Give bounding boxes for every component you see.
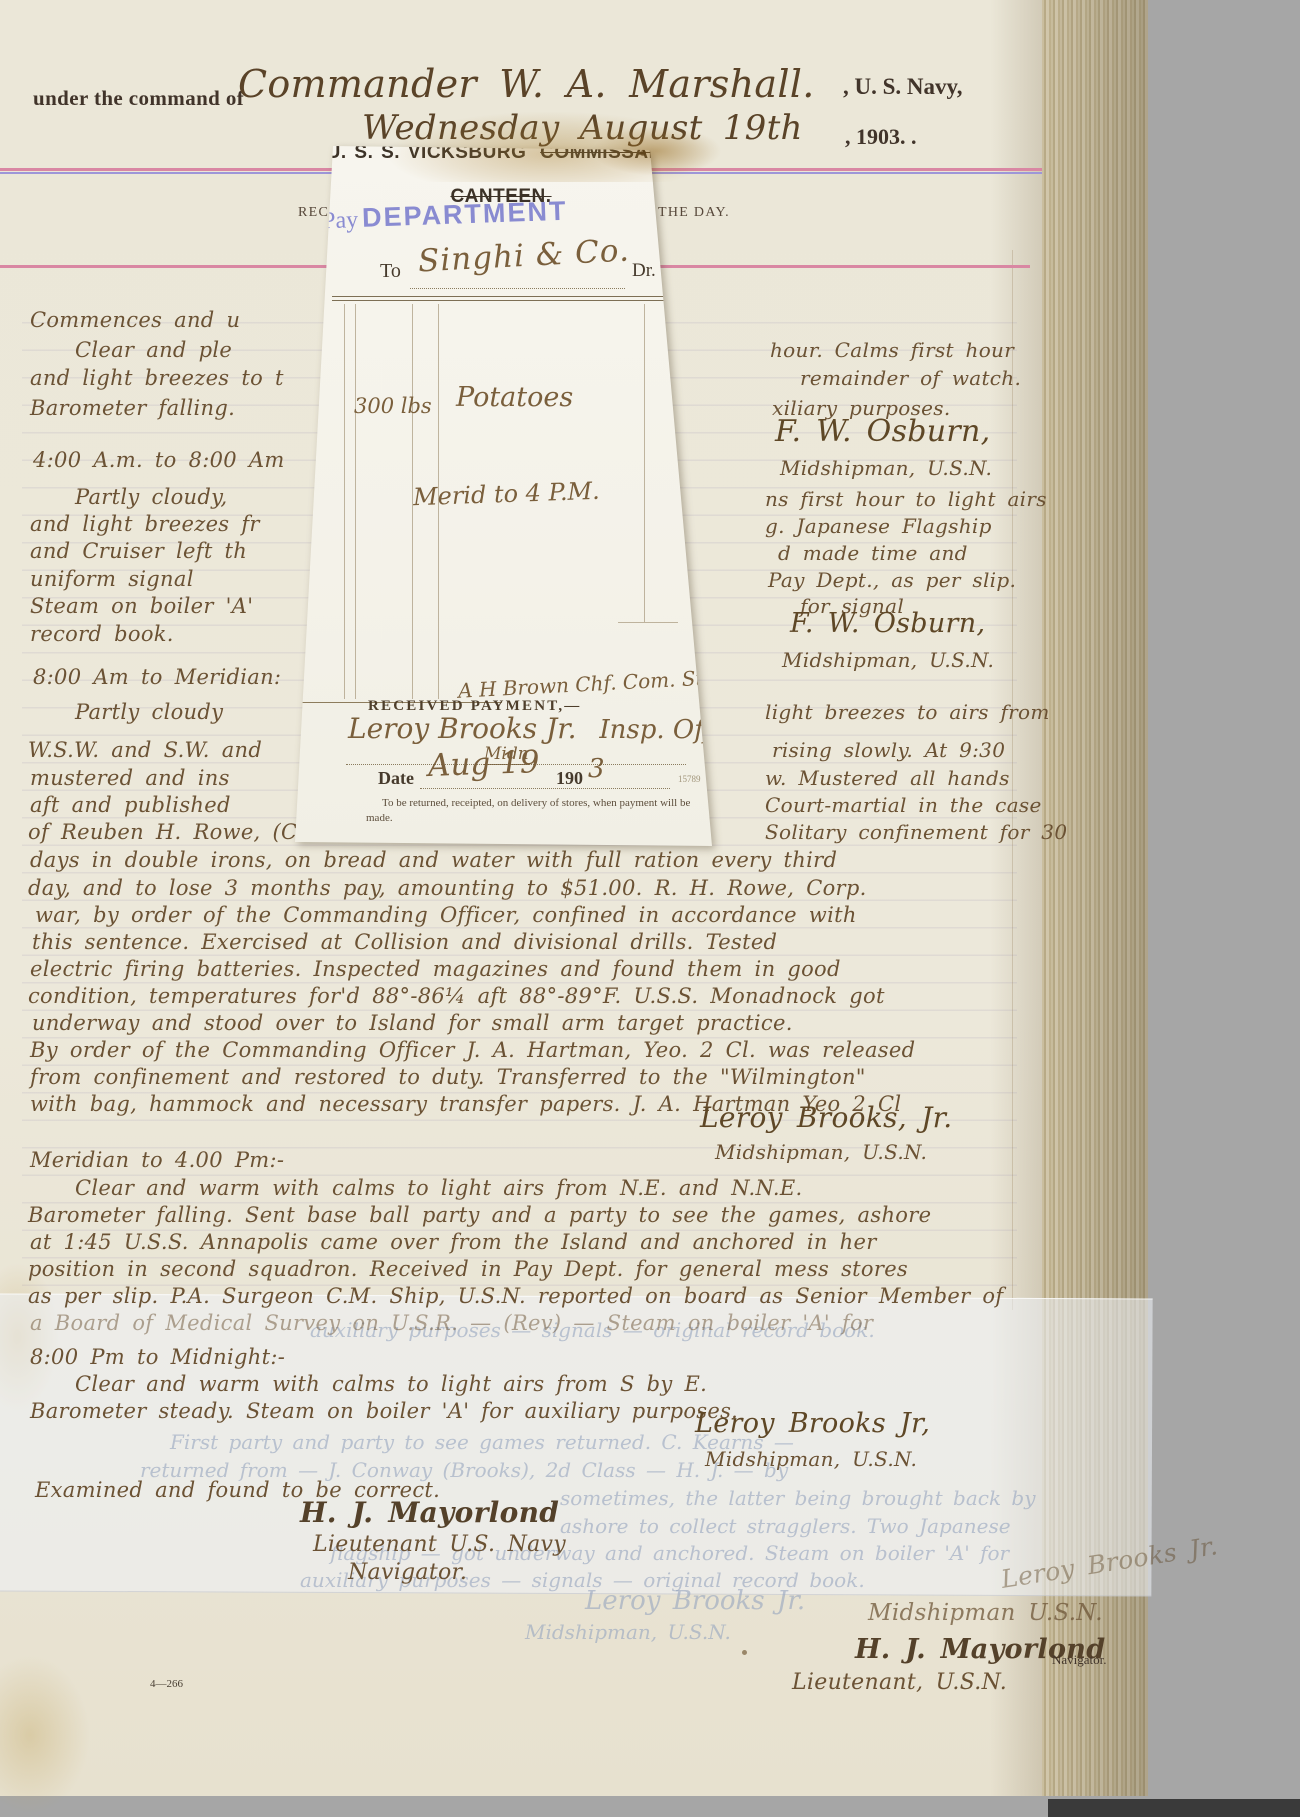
logbook-scan: under the command of Commander W. A. Mar… bbox=[0, 0, 1300, 1817]
received-signature-name: Leroy Brooks Jr. bbox=[348, 712, 576, 745]
log-line: Steam on boiler 'A' bbox=[30, 594, 253, 618]
receipt-rule bbox=[332, 300, 664, 301]
log-line: at 1:45 U.S.S. Annapolis came over from … bbox=[30, 1230, 877, 1254]
log-line: underway and stood over to Island for sm… bbox=[32, 1011, 793, 1035]
signature-line: Leroy Brooks, Jr. bbox=[700, 1101, 952, 1134]
log-line: W.S.W. and S.W. and bbox=[28, 738, 262, 762]
ledger-column-line bbox=[355, 304, 356, 699]
stamp-pay-word: Pay bbox=[322, 207, 359, 234]
log-line: Solitary confinement for 30 bbox=[765, 820, 1067, 844]
signature-rank: Midshipman, U.S.N. bbox=[782, 648, 994, 672]
log-line: light breezes to airs from bbox=[765, 700, 1050, 724]
log-line: war, by order of the Commanding Officer,… bbox=[35, 903, 857, 927]
log-line: and light breezes fr bbox=[30, 512, 260, 536]
log-line: this sentence. Exercised at Collision an… bbox=[32, 930, 777, 954]
command-prefix-printed: under the command of bbox=[33, 86, 244, 111]
log-line: Barometer falling. Sent base ball party … bbox=[28, 1203, 931, 1227]
log-line: electric firing batteries. Inspected mag… bbox=[30, 957, 841, 981]
date-dotted-line bbox=[420, 770, 670, 789]
log-line: days in double irons, on bread and water… bbox=[30, 848, 837, 872]
log-line: Barometer falling. bbox=[30, 396, 235, 420]
navigator-title: Navigator. bbox=[348, 1560, 467, 1585]
received-signature: Leroy Brooks Jr. Insp. Officer bbox=[348, 712, 763, 745]
log-line: Partly cloudy bbox=[75, 700, 223, 724]
signature-rank: Midshipman, U.S.N. bbox=[715, 1140, 927, 1164]
log-line: ns first hour to light airs bbox=[765, 487, 1047, 511]
signature-line: F. W. Osburn, bbox=[790, 608, 985, 639]
item-description: Potatoes bbox=[456, 382, 573, 413]
log-line: aft and published bbox=[30, 793, 231, 817]
log-line: rising slowly. At 9:30 bbox=[772, 738, 1005, 762]
log-line: position in second squadron. Received in… bbox=[28, 1257, 908, 1281]
ghost-signature: Leroy Brooks Jr. bbox=[585, 1586, 805, 1616]
log-line: g. Japanese Flagship bbox=[765, 514, 992, 538]
log-line: Pay Dept., as per slip. bbox=[768, 568, 1016, 592]
ledger-column-line bbox=[644, 304, 645, 622]
payee-dotted-line bbox=[410, 262, 625, 289]
year-prefix-printed: 190 bbox=[556, 768, 583, 789]
signature-rank: Midshipman, U.S.N. bbox=[780, 456, 992, 480]
receipt-title-line1: U. S. S. VICKSBURG COMMISSARY bbox=[288, 142, 714, 164]
to-label: To bbox=[380, 260, 401, 283]
watch-heading: 4:00 A.m. to 8:00 Am bbox=[33, 448, 285, 472]
ledger-tick-line bbox=[618, 622, 678, 623]
commissary-receipt: U. S. S. VICKSBURG COMMISSARY CANTEEN. P… bbox=[288, 142, 714, 848]
ghost-line: ashore to collect stragglers. Two Japane… bbox=[560, 1514, 1011, 1538]
navigator-printed-label: Navigator. bbox=[1052, 1652, 1107, 1668]
stamp-department-word: DEPARTMENT bbox=[362, 196, 568, 233]
log-line: mustered and ins bbox=[30, 766, 230, 790]
ledger-column-line bbox=[344, 304, 345, 699]
log-line: Clear and warm with calms to light airs … bbox=[75, 1176, 802, 1200]
note-handwritten: Merid to 4 P.M. bbox=[413, 477, 601, 511]
log-line: of Reuben H. Rowe, (C bbox=[28, 820, 297, 844]
ink-speck bbox=[640, 150, 646, 156]
log-line: day, and to lose 3 months pay, amounting… bbox=[28, 876, 867, 900]
receipt-ship-name: U. S. S. VICKSBURG bbox=[327, 142, 527, 163]
log-line: Partly cloudy, bbox=[75, 485, 227, 509]
right-margin-rule bbox=[1012, 250, 1013, 1310]
log-line: Barometer steady. Steam on boiler 'A' fo… bbox=[30, 1399, 738, 1423]
log-line: Commences and u bbox=[30, 308, 240, 332]
navigator-signature: H. J. Mayorlond bbox=[300, 1496, 559, 1529]
scan-background-bar bbox=[1048, 1799, 1300, 1817]
receipt-fine-print: To be returned, receipted, on delivery o… bbox=[366, 796, 696, 827]
navigator-rank: Lieutenant U.S. Navy bbox=[313, 1532, 566, 1557]
signature-line: F. W. Osburn, bbox=[775, 414, 991, 449]
navy-printed: , U. S. Navy, bbox=[843, 74, 963, 100]
receipt-form-number: 15789 bbox=[678, 774, 701, 784]
corner-rank: Midshipman U.S.N. bbox=[868, 1600, 1103, 1626]
dr-label: Dr. bbox=[632, 260, 656, 282]
year-digit-handwritten: 3 bbox=[588, 754, 605, 784]
ghost-line: sometimes, the latter being brought back… bbox=[560, 1486, 1036, 1510]
log-line: from confinement and restored to duty. T… bbox=[30, 1065, 866, 1089]
ghost-rank: Midshipman, U.S.N. bbox=[525, 1620, 731, 1644]
item-quantity: 300 lbs bbox=[354, 394, 432, 418]
log-line: condition, temperatures for'd 88°-86¼ af… bbox=[28, 984, 885, 1008]
log-line: and light breezes to t bbox=[30, 366, 284, 390]
commander-name-handwritten: Commander W. A. Marshall. bbox=[238, 62, 815, 106]
log-line: By order of the Commanding Officer J. A.… bbox=[30, 1038, 915, 1062]
year-printed: , 1903. . bbox=[845, 124, 917, 150]
corner-navigator-rank: Lieutenant, U.S.N. bbox=[792, 1670, 1007, 1695]
log-line: w. Mustered all hands bbox=[765, 766, 1010, 790]
watch-heading: 8:00 Pm to Midnight:- bbox=[30, 1345, 285, 1369]
signature-line: Leroy Brooks Jr, bbox=[695, 1408, 930, 1439]
log-line: uniform signal bbox=[30, 567, 194, 591]
log-line: hour. Calms first hour bbox=[770, 338, 1014, 362]
log-line-faded: a Board of Medical Survey on U.S.R. — (R… bbox=[30, 1311, 873, 1335]
receipt-rule bbox=[332, 296, 664, 297]
watch-heading: 8:00 Am to Meridian: bbox=[33, 665, 281, 689]
log-line: record book. bbox=[30, 622, 174, 646]
log-line: and Cruiser left th bbox=[30, 539, 247, 563]
signature-rank: Midshipman, U.S.N. bbox=[705, 1447, 917, 1471]
ink-speck bbox=[742, 1650, 747, 1655]
log-line: d made time and bbox=[778, 541, 968, 565]
date-label: Date bbox=[378, 768, 414, 789]
watch-heading: Meridian to 4.00 Pm:- bbox=[30, 1148, 284, 1172]
log-line: Court-martial in the case bbox=[765, 793, 1042, 817]
log-line: Clear and ple bbox=[75, 338, 232, 362]
log-line: Clear and warm with calms to light airs … bbox=[75, 1372, 707, 1396]
receipt-struck-word: COMMISSARY bbox=[540, 142, 675, 163]
receipt-paper: U. S. S. VICKSBURG COMMISSARY CANTEEN. P… bbox=[288, 142, 714, 848]
form-code: 4—266 bbox=[150, 1678, 183, 1690]
log-line: as per slip. P.A. Surgeon C.M. Ship, U.S… bbox=[28, 1284, 1003, 1308]
log-line: remainder of watch. bbox=[800, 366, 1021, 390]
